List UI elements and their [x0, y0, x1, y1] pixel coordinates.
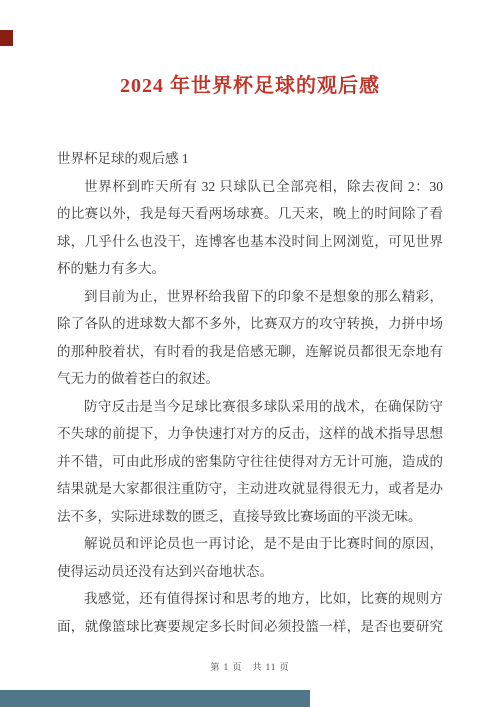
page-footer: 第 1 页 共 11 页 — [0, 660, 500, 673]
paragraph-line: 解说员和评论员也一再讨论，是不是由于比赛时间的原因， — [57, 530, 443, 558]
paragraph-line: 的比赛以外，我是每天看两场球赛。几天来，晚上的时间除了看 — [57, 200, 443, 228]
paragraph-line: 除了各队的进球数大都不多外，比赛双方的攻守转换，力拼中场 — [57, 310, 443, 338]
paragraph: 解说员和评论员也一再讨论，是不是由于比赛时间的原因，使得运动员还没有达到兴奋地状… — [57, 530, 443, 585]
paragraph-line: 不失球的前提下，力争快速打对方的反击，这样的战术指导思想 — [57, 420, 443, 448]
section-heading: 世界杯足球的观后感 1 — [57, 145, 443, 173]
paragraph-line: 面，就像篮球比赛要规定多长时间必须投篮一样，是否也要研究 — [57, 613, 443, 641]
paragraph: 世界杯到昨天所有 32 只球队已全部亮相，除去夜间 2：30的比赛以外，我是每天… — [57, 173, 443, 283]
paragraph-line: 杯的魅力有多大。 — [57, 255, 443, 283]
paragraph-line: 使得运动员还没有达到兴奋地状态。 — [57, 558, 443, 586]
document-title: 2024 年世界杯足球的观后感 — [0, 0, 500, 101]
paragraph: 我感觉，还有值得探讨和思考的地方，比如，比赛的规则方面，就像篮球比赛要规定多长时… — [57, 585, 443, 640]
paragraph-line: 法不多，实际进球数的匮乏，直接导致比赛场面的平淡无味。 — [57, 503, 443, 531]
paragraph-line: 并不错，可由此形成的密集防守往往使得对方无计可施，造成的 — [57, 448, 443, 476]
paragraph-line: 的那种胶着状，有时看的我是倍感无聊，连解说员都很无奈地有 — [57, 338, 443, 366]
paragraph-line: 世界杯到昨天所有 32 只球队已全部亮相，除去夜间 2：30 — [57, 173, 443, 201]
document-body: 世界杯足球的观后感 1 世界杯到昨天所有 32 只球队已全部亮相，除去夜间 2：… — [57, 145, 443, 640]
paragraph-line: 气无力的做着苍白的叙述。 — [57, 365, 443, 393]
bottom-bar — [0, 690, 310, 707]
paragraph-line: 防守反击是当今足球比赛很多球队采用的战术，在确保防守 — [57, 393, 443, 421]
paragraph-line: 我感觉，还有值得探讨和思考的地方，比如，比赛的规则方 — [57, 585, 443, 613]
paragraph-line: 到目前为止，世界杯给我留下的印象不是想象的那么精彩， — [57, 283, 443, 311]
paragraph-line: 球，几乎什么也没干，连博客也基本没时间上网浏览，可见世界 — [57, 228, 443, 256]
page-number: 第 1 页 共 11 页 — [210, 662, 289, 672]
document-page: 2024 年世界杯足球的观后感 世界杯足球的观后感 1 世界杯到昨天所有 32 … — [0, 0, 500, 707]
paragraphs: 世界杯到昨天所有 32 只球队已全部亮相，除去夜间 2：30的比赛以外，我是每天… — [57, 173, 443, 641]
paragraph: 到目前为止，世界杯给我留下的印象不是想象的那么精彩，除了各队的进球数大都不多外，… — [57, 283, 443, 393]
corner-accent-mark — [0, 30, 13, 46]
paragraph: 防守反击是当今足球比赛很多球队采用的战术，在确保防守不失球的前提下，力争快速打对… — [57, 393, 443, 531]
paragraph-line: 结果就是大家都很注重防守，主动进攻就显得很无力，或者是办 — [57, 475, 443, 503]
